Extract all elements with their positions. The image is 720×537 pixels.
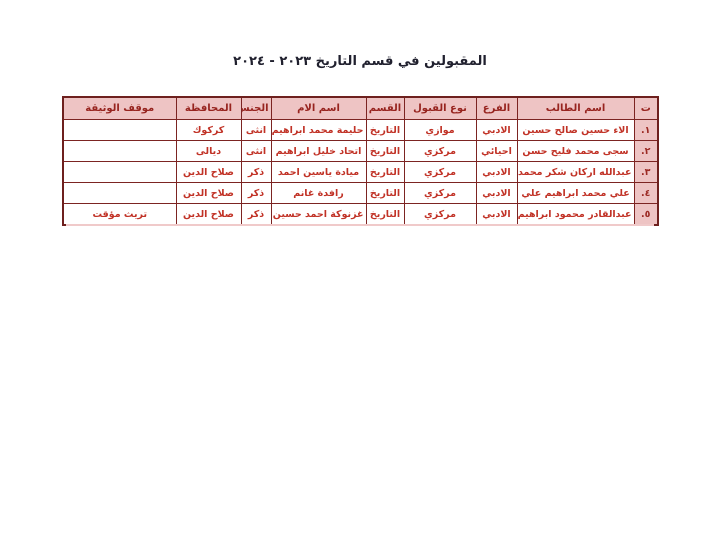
header-cell-gender: الجنس (241, 97, 271, 120)
header-cell-document-status: موقف الوثيقة (63, 97, 176, 120)
cell-gender: ذكر (241, 162, 271, 183)
table-row: ١. الاء حسين صالح حسين الادبي موازي التا… (63, 120, 658, 141)
admissions-table: ت اسم الطالب الفرع نوع القبول القسم اسم … (62, 96, 659, 226)
cell-branch: الادبي (476, 162, 517, 183)
cell-document-status (63, 141, 176, 162)
table-row: ٥. عبدالقادر محمود ابراهيم حسين الادبي م… (63, 204, 658, 226)
header-cell-student-name: اسم الطالب (517, 97, 634, 120)
cell-document-status (63, 162, 176, 183)
cell-governorate: صلاح الدين (176, 183, 241, 204)
cell-admission-type: مركزي (404, 183, 476, 204)
cell-governorate: ديالى (176, 141, 241, 162)
cell-admission-type: مركزي (404, 141, 476, 162)
header-cell-admission-type: نوع القبول (404, 97, 476, 120)
cell-mother-name: حليمة محمد ابراهيم (271, 120, 366, 141)
cell-student-name: علي محمد ابراهيم علي (517, 183, 634, 204)
cell-gender: انثى (241, 120, 271, 141)
cell-mother-name: رافدة غانم (271, 183, 366, 204)
cell-branch: الادبي (476, 183, 517, 204)
cell-gender: ذكر (241, 183, 271, 204)
cell-student-name: عبدالله اركان شكر محمد (517, 162, 634, 183)
cell-document-status (63, 183, 176, 204)
header-cell-governorate: المحافظة (176, 97, 241, 120)
cell-admission-type: موازي (404, 120, 476, 141)
cell-gender: انثى (241, 141, 271, 162)
header-cell-department: القسم (366, 97, 404, 120)
table-header-row: ت اسم الطالب الفرع نوع القبول القسم اسم … (63, 97, 658, 120)
cell-admission-type: مركزي (404, 162, 476, 183)
cell-mother-name: غزنوكة احمد حسين (271, 204, 366, 226)
cell-governorate: كركوك (176, 120, 241, 141)
table-row: ٣. عبدالله اركان شكر محمد الادبي مركزي ا… (63, 162, 658, 183)
cell-branch: الادبي (476, 204, 517, 226)
cell-department: التاريخ (366, 204, 404, 226)
cell-department: التاريخ (366, 141, 404, 162)
cell-governorate: صلاح الدين (176, 204, 241, 226)
page-title: المقبولين في قسم التاريخ ٢٠٢٣ - ٢٠٢٤ (0, 54, 720, 69)
cell-department: التاريخ (366, 120, 404, 141)
cell-governorate: صلاح الدين (176, 162, 241, 183)
cell-department: التاريخ (366, 162, 404, 183)
header-cell-mother-name: اسم الام (271, 97, 366, 120)
cell-no: ٥. (634, 204, 658, 226)
cell-student-name: عبدالقادر محمود ابراهيم حسين (517, 204, 634, 226)
header-cell-no: ت (634, 97, 658, 120)
table-row: ٤. علي محمد ابراهيم علي الادبي مركزي الت… (63, 183, 658, 204)
cell-document-status (63, 120, 176, 141)
cell-no: ٣. (634, 162, 658, 183)
cell-branch: الادبي (476, 120, 517, 141)
cell-document-status: تريث مؤقت (63, 204, 176, 226)
cell-no: ٤. (634, 183, 658, 204)
cell-gender: ذكر (241, 204, 271, 226)
cell-student-name: سجى محمد فليح حسن (517, 141, 634, 162)
cell-branch: احيائي (476, 141, 517, 162)
cell-mother-name: اتحاد خليل ابراهيم (271, 141, 366, 162)
cell-department: التاريخ (366, 183, 404, 204)
table-bottom-shadow-line (66, 224, 654, 226)
header-cell-branch: الفرع (476, 97, 517, 120)
cell-no: ١. (634, 120, 658, 141)
table-row: ٢. سجى محمد فليح حسن احيائي مركزي التاري… (63, 141, 658, 162)
cell-admission-type: مركزي (404, 204, 476, 226)
cell-no: ٢. (634, 141, 658, 162)
cell-student-name: الاء حسين صالح حسين (517, 120, 634, 141)
cell-mother-name: ميادة ياسين احمد (271, 162, 366, 183)
